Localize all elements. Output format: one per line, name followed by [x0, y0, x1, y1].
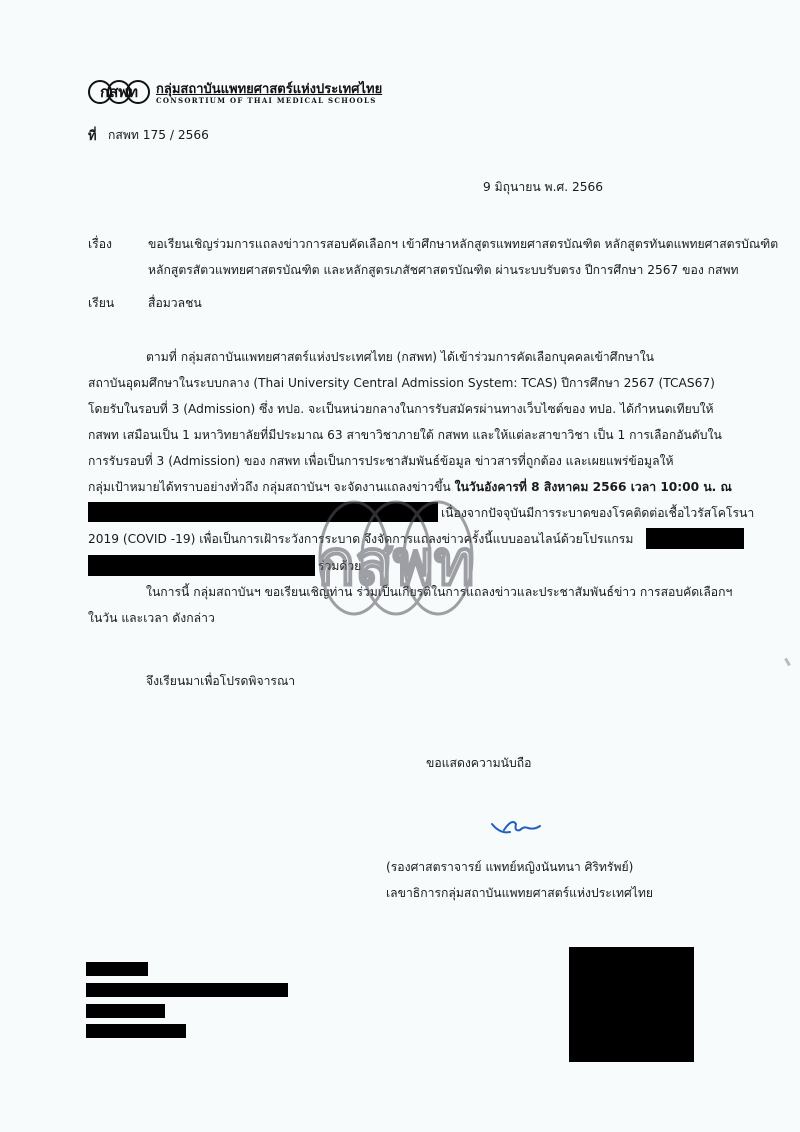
signer-title: เลขาธิการกลุ่มสถาบันแพทยศาสตร์แห่งประเทศ…	[386, 884, 653, 903]
body-line-event: กลุ่มเป้าหมายได้ทราบอย่างทั่วถึง กลุ่มสถ…	[88, 478, 732, 497]
letter-date: 9 มิถุนายน พ.ศ. 2566	[483, 178, 603, 197]
scan-artifact	[784, 658, 791, 666]
signature-icon	[490, 816, 542, 838]
reference-label: ที่	[88, 125, 97, 146]
redacted-qr-code	[569, 947, 694, 1062]
body-line: ตามที่ กลุ่มสถาบันแพทยศาสตร์แห่งประเทศไท…	[146, 348, 654, 367]
redacted-contact-line	[86, 983, 288, 997]
redacted-contact-line	[86, 1024, 186, 1038]
body-line: ในวัน และเวลา ดังกล่าว	[88, 609, 215, 628]
closing: ขอแสดงความนับถือ	[426, 754, 531, 773]
redacted-program-name	[646, 528, 744, 549]
body-text: กลุ่มเป้าหมายได้ทราบอย่างทั่วถึง กลุ่มสถ…	[88, 480, 455, 494]
recipient: สื่อมวลชน	[148, 294, 202, 313]
body-line: สถาบันอุดมศึกษาในระบบกลาง (Thai Universi…	[88, 374, 715, 393]
subject-label: เรื่อง	[88, 235, 112, 254]
redacted-contact-line	[86, 962, 148, 976]
redacted-contact-line	[86, 1004, 165, 1018]
body-line: การรับรอบที่ 3 (Admission) ของ กสพท เพื่…	[88, 452, 674, 471]
signer-name: (รองศาสตราจารย์ แพทย์หญิงนันทนา ศิริทรัพ…	[386, 858, 633, 877]
body-line: กสพท เสมือนเป็น 1 มหาวิทยาลัยที่มีประมาณ…	[88, 426, 722, 445]
ksp-logo-icon: กสพท	[88, 80, 150, 104]
reference-number: กสพท 175 / 2566	[108, 126, 209, 145]
subject-line-1: ขอเรียนเชิญร่วมการแถลงข่าวการสอบคัดเลือก…	[148, 235, 778, 254]
redacted-link	[88, 555, 315, 576]
body-line: โดยรับในรอบที่ 3 (Admission) ซึ่ง ทปอ. จ…	[88, 400, 714, 419]
body-line: เนื่องจากปัจจุบันมีการระบาดของโรคติดต่อเ…	[441, 504, 754, 523]
svg-text:กสพท: กสพท	[318, 526, 474, 599]
subject-line-2: หลักสูตรสัตวแพทยศาสตรบัณฑิต และหลักสูตรเ…	[148, 261, 739, 280]
ksp-watermark-stamp-icon: กสพท	[318, 498, 474, 618]
recipient-label: เรียน	[88, 294, 114, 313]
org-name-english: CONSORTIUM OF THAI MEDICAL SCHOOLS	[156, 96, 377, 105]
svg-text:กสพท: กสพท	[100, 83, 138, 101]
body-line-request: จึงเรียนมาเพื่อโปรดพิจารณา	[146, 672, 295, 691]
event-datetime: ในวันอังคารที่ 8 สิงหาคม 2566 เวลา 10:00…	[455, 480, 732, 494]
